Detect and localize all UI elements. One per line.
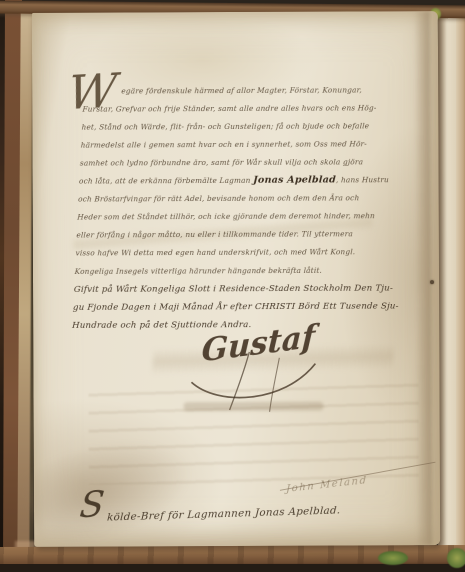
handwritten-line: Kongeliga Insegels vitterliga härunder h… (74, 261, 409, 280)
ink-showthrough-smudge (184, 402, 324, 412)
line-text: gu Fjonde Dagen i Maji Månad År efter CH… (73, 301, 399, 312)
marbled-green-detail (447, 548, 465, 568)
line-text: Furstar, Grefvar och frije Ständer, samt… (82, 103, 376, 113)
handwritten-line: het, Stånd och Wärde, flit- från- och Gu… (81, 117, 416, 136)
marbled-green-detail (378, 551, 408, 565)
manuscript-page: W egäre fördenskule härmed af allor Magt… (32, 11, 440, 547)
underlying-page-edge (438, 13, 458, 548)
handwritten-line: gu Fjonde Dagen i Maji Månad År efter CH… (73, 297, 408, 316)
line-text: samhet och lydno förbundne äro, samt för… (80, 157, 364, 167)
paper-flaw (430, 280, 434, 284)
line-text: het, Stånd och Wärde, flit- från- och Gu… (81, 121, 369, 131)
line-text: Kongeliga Insegels vitterliga härunder h… (74, 266, 322, 276)
line-text: Heder som det Ståndet tillhör, och icke … (77, 211, 375, 221)
handwritten-line: samhet och lydno förbundne äro, samt för… (79, 153, 414, 172)
handwritten-line: Heder som det Ståndet tillhör, och icke … (77, 207, 412, 226)
handwritten-line: visso hafve Wi detta med egen hand under… (75, 243, 410, 262)
handwritten-line: och Bröstarfvingar för rätt Adel, bevisa… (78, 189, 413, 208)
ink-showthrough (88, 383, 418, 484)
book-fore-edge (456, 12, 465, 550)
bottom-shadow (0, 564, 465, 572)
line-text: härmedelst alle i gemen samt hvar och en… (81, 139, 368, 149)
handwritten-line: härmedelst alle i gemen samt hvar och en… (80, 135, 415, 154)
line-text: egäre fördenskule härmed af allor Magter… (121, 85, 362, 95)
line-text: , hans Hustru (336, 175, 389, 184)
handwritten-line: eller förfång i någor måtto, nu eller i … (76, 225, 411, 244)
highlighted-name: Jonas Apelblad (253, 175, 336, 186)
line-text: visso hafve Wi detta med egen hand under… (75, 247, 355, 257)
caption-initial: S (78, 488, 106, 525)
handwritten-line: egäre fördenskule härmed af allor Magter… (83, 81, 418, 100)
line-text: eller förfång i någor måtto, nu eller i … (76, 229, 353, 239)
line-text: och låta, att de erkänna förbemälte Lagm… (79, 176, 254, 186)
line-text: och Bröstarfvingar för rätt Adel, bevisa… (78, 193, 360, 203)
handwritten-line: Furstar, Grefvar och frije Ständer, samt… (82, 99, 417, 118)
photo-of-bound-manuscript: W egäre fördenskule härmed af allor Magt… (0, 0, 465, 572)
manuscript-text-block: egäre fördenskule härmed af allor Magter… (72, 81, 418, 335)
handwritten-line: Gifvit på Wårt Kongeliga Slott i Residen… (73, 279, 408, 298)
handwritten-line: och låta, att de erkänna förbemälte Lagm… (79, 171, 414, 190)
line-text: Gifvit på Wårt Kongeliga Slott i Residen… (74, 283, 394, 294)
